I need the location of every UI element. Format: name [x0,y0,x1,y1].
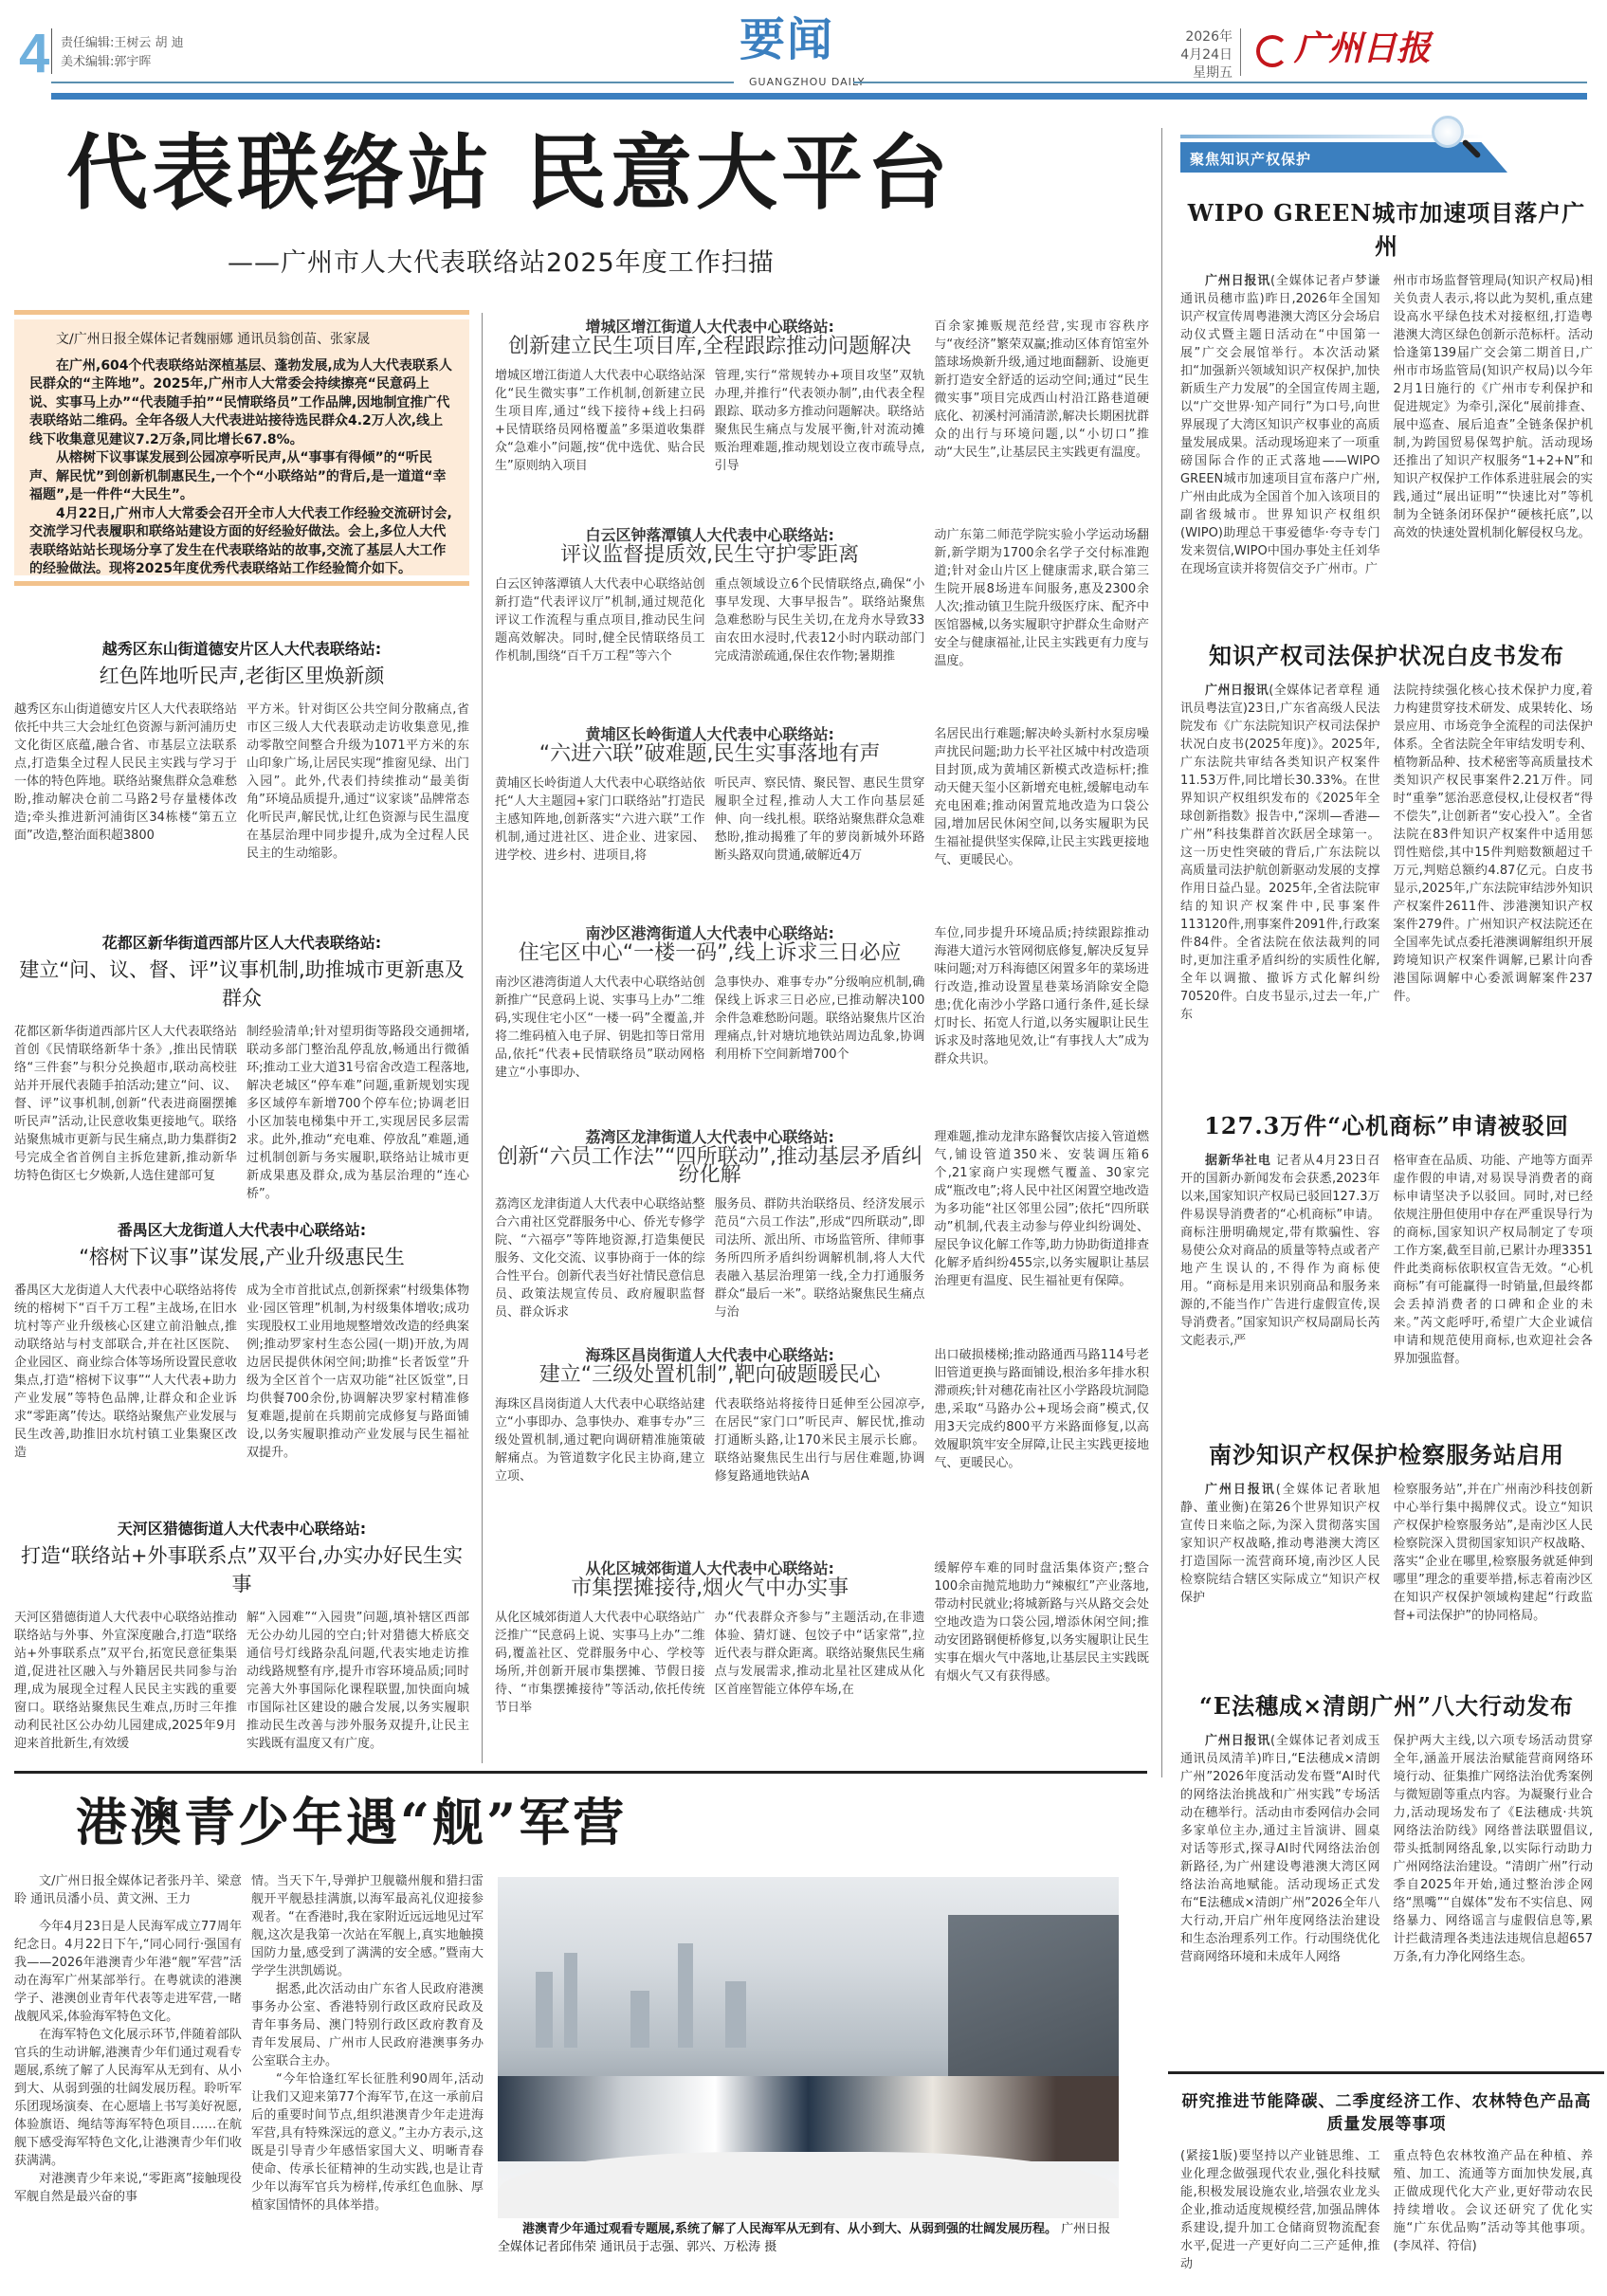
section-text-col: 白云区钟落潭镇人大代表中心联络站创新打造“代表评议厅”机制,通过规范化评议工作流… [495,575,705,665]
column-divider [1161,128,1162,1777]
intro-paragraph: 从榕树下议事谋发展到公园凉亭听民声,从“事事有得倾”的“听民声、解民忧”到创新机… [29,449,454,505]
section-headline: 市集摆摊接待,烟火气中办实事 [495,1579,924,1597]
magnifier-icon [1432,116,1464,148]
section-headline: 创新“六员工作法”“四所联动”,推动基层矛盾纠纷化解 [495,1148,924,1184]
article-lead: 据新华社电 [1205,1154,1271,1168]
gun-turret-image [498,2152,1119,2218]
section-kicker: 南沙区港湾街道人大代表中心联络站: [495,924,924,942]
section-haizhu: 海珠区昌岗街道人大代表中心联络站:建立“三级处置机制”,靶向破题暖民心 海珠区昌… [495,1346,1149,1485]
page-number: 4 [19,27,49,82]
section-text-col: 黄埔区长岭街道人大代表中心联络站依托“人大主题园+家门口联络站”打造民主感知阵地… [495,774,705,865]
section-kicker: 番禺区大龙街道人大代表中心联络站: [14,1218,469,1240]
article-lead: 广州日报讯 [1205,1734,1270,1748]
article-text: 法院持续强化核心技术保护力度,着力构建贯穿技术研发、成果转化、场景应用、市场竞争… [1394,682,1594,1024]
editor-line: 责任编辑:王树云 胡 迪 [61,34,184,53]
section-kicker: 白云区钟落潭镇人大代表中心联络站: [495,526,924,544]
article-text: 保护两大主线,以六项专场活动贯穿全年,涵盖开展法治赋能营商网络环境行动、征集推广… [1394,1732,1594,1966]
section-text-col: 平方米。针对街区公共空间分散痛点,省市区三级人大代表联动走访收集意见,推动零散空… [247,701,469,863]
section-zengcheng: 增城区增江街道人大代表中心联络站:创新建立民生项目库,全程跟踪推动问题解决 增城… [495,318,1149,475]
section-baiyun: 白云区钟落潭镇人大代表中心联络站:评议监督提质效,民生守护零距离 白云区钟落潭镇… [495,526,1149,670]
navy-story-title: 港澳青少年遇“舰”军营 [76,1782,627,1855]
article-text: 州市市场监督管理局(知识产权局)相关负责人表示,将以此为契机,重点建设高水平绿色… [1394,272,1594,578]
section-text-col: 成为全市首批试点,创新探索“村级集体物业·园区管理”机制,为村级集体增收;成功实… [247,1282,469,1462]
section-huadu: 花都区新华街道西部片区人大代表联络站: 建立“问、议、督、评”议事机制,助推城市… [14,931,469,1203]
section-text-col: 办“代表群众齐参与”主题活动,在非遗体验、猜灯谜、包饺子中“话家常”,拉近代表与… [715,1609,925,1717]
article-headline: WIPO GREEN城市加速项目落户广州 [1180,194,1593,261]
section-text-col: 重点领域设立6个民情联络点,确保“小事早发现、大事早报告”。联络站聚焦急难愁盼与… [715,575,925,665]
section-yuexiu: 越秀区东山街道德安片区人大代表联络站: 红色阵地听民声,老街区里焕新颜 越秀区东… [14,637,469,863]
intro-paragraph: 在广州,604个代表联络站深植基层、蓬勃发展,成为人大代表联系人民群众的“主阵地… [29,357,454,450]
article-text: 检察服务站”,并在广州南沙科技创新中心举行集中揭牌仪式。设立“知识产权保护检察服… [1394,1481,1594,1625]
section-kicker: 越秀区东山街道德安片区人大代表联络站: [14,637,469,659]
article-trademark: 127.3万件“心机商标”申请被驳回 据新华社电 记者从4月23日召开的国新办新… [1180,1107,1593,1368]
section-headline: 创新建立民生项目库,全程跟踪推动问题解决 [495,337,924,355]
section-text-col: 理难题,推动龙津东路餐饮店接入管道燃气,铺设管道350米、安装调压箱6个,21家… [934,1128,1149,1321]
caption-text: 港澳青少年通过观看专题展,系统了解了人民海军从无到有、从小到大、从弱到强的壮阔发… [498,2222,1057,2236]
section-kicker: 增城区增江街道人大代表中心联络站: [495,318,924,336]
article-text: 要坚持以产业链思维、工业化理念做强现代农业,强化科技赋能,积极发展设施农业,培强… [1180,2149,1380,2271]
section-text-col: 越秀区东山街道德安片区人大代表联络站依托中共三大会址红色资源与新河浦历史文化街区… [14,701,237,863]
date-year: 2026年 [1123,28,1233,46]
article-lead: 广州日报讯 [1205,683,1269,698]
article-wipo: WIPO GREEN城市加速项目落户广州 广州日报讯(全媒体记者卢梦谦 通讯员穗… [1180,194,1593,578]
section-text-col: 增城区增江街道人大代表中心联络站深化“民生微实事”工作机制,创新建立民生项目库,… [495,367,705,475]
section-text-col: 名居民出行难题;解决岭头新村水泵房噪声扰民问题;助力长平社区城中村改造项目封顶,… [934,725,1149,869]
section-text-col: 车位,同步提升环境品质;持续跟踪推动海港大道污水管网彻底修复,解决反复异味问题;… [934,924,1149,1082]
article-lead: 广州日报讯 [1205,1483,1276,1497]
section-text-col: 制经验清单;针对望玥街等路段交通拥堵,联动多部门整治乱停乱放,畅通出行微循环;推… [247,1023,469,1203]
section-text-col: 从化区城郊街道人大代表中心联络站广泛推广“民意码上说、实事马上办”二维码,覆盖社… [495,1609,705,1717]
article-headline: “E法穗成×清朗广州”八大行动发布 [1180,1687,1593,1721]
navy-story-col1: 文/广州日报全媒体记者张丹羊、梁意聆 通讯员潘小员、黄文洲、王力 今年4月23日… [14,1872,242,2206]
section-text-col: 急事快办、难事专办”分级响应机制,确保线上诉求三日必应,已推动解决100余件急难… [715,974,925,1082]
section-text-col: 百余家摊贩规范经营,实现市容秩序与“夜经济”繁荣双赢;推动区体育馆室外篮球场焕新… [934,318,1149,475]
section-title: 要闻 [740,17,834,63]
section-text-col: 缓解停车难的同时盘活集体资产;整合100余亩抛荒地助力“辣椒红”产业落地,带动村… [934,1559,1149,1717]
article-text: 格审查在品质、功能、产地等方面弄虚作假的申请,对易误导消费者的商标申请坚决予以驳… [1394,1152,1594,1368]
section-panyu: 番禺区大龙街道人大代表中心联络站: “榕树下议事”谋发展,产业升级惠民生 番禺区… [14,1218,469,1462]
section-text-col: 解“入园难”“入园贵”问题,填补辖区西部无公办幼儿园的空白;针对猎德大桥底交通信… [247,1609,469,1753]
navy-paragraph: 今年4月23日是人民海军成立77周年纪念日。4月22日下午,“同心同行·强国有我… [14,1918,242,2026]
article-lead: 广州日报讯 [1205,274,1270,288]
article-headline: 127.3万件“心机商标”申请被驳回 [1180,1107,1593,1140]
visitors-image [498,2076,1119,2161]
section-text-col: 听民声、察民情、聚民智、惠民生贯穿履职全过程,推动人大工作向基层延伸、向一线扎根… [715,774,925,865]
section-text-col: 荔湾区龙津街道人大代表中心联络站整合六甫社区党群服务中心、侨光专修学院、“六福亭… [495,1195,705,1321]
feature-subtitle: ——广州市人大代表联络站2025年度工作扫描 [228,242,775,279]
masthead-text: 广州日报 [1294,28,1431,68]
article-headline: 南沙知识产权保护检察服务站启用 [1180,1436,1593,1469]
article-e-law: “E法穗成×清朗广州”八大行动发布 广州日报讯(全媒体记者刘成玉 通讯员凤清羊)… [1180,1687,1593,1966]
header-rule-left [51,82,734,83]
feature-title: 代表联络站 民意大平台 [66,133,952,214]
navy-byline: 文/广州日报全媒体记者张丹羊、梁意聆 通讯员潘小员、黄文洲、王力 [14,1872,242,1908]
intro-box: 文/广州日报全媒体记者魏丽娜 通讯员翁创苗、张家晟 在广州,604个代表联络站深… [14,319,469,575]
section-subtitle: GUANGZHOU DAILY [749,76,865,88]
section-kicker: 从化区城郊街道人大代表中心联络站: [495,1559,924,1577]
date-weekday: 星期五 [1123,64,1233,82]
article-lead: (紧接1版) [1180,2149,1238,2163]
photo-caption: 港澳青少年通过观看专题展,系统了解了人民海军从无到有、从小到大、从弱到强的壮阔发… [498,2220,1119,2256]
section-headline: 住宅区中心“一楼一码”,线上诉求三日必应 [495,944,924,962]
intro-top-bar [14,310,469,315]
issue-date: 2026年 4月24日 星期五 [1123,28,1233,82]
intro-bottom-bar [14,581,469,586]
section-headline: 评议监督提质效,民生守护零距离 [495,546,924,564]
section-text-col: 管理,实行“常规转办+项目攻坚”双轨办理,并推行“代表领办制”,由代表全程跟踪、… [715,367,925,475]
section-tianhe: 天河区猎德街道人大代表中心联络站: 打造“联络站+外事联系点”双平台,办实办好民… [14,1517,469,1753]
section-kicker: 海珠区昌岗街道人大代表中心联络站: [495,1346,924,1364]
section-kicker: 黄埔区长岭街道人大代表中心联络站: [495,725,924,743]
logo-mark-icon [1256,35,1288,67]
header-bar [51,93,1587,100]
section-conghua: 从化区城郊街道人大代表中心联络站:市集摆摊接待,烟火气中办实事 从化区城郊街道人… [495,1559,1149,1717]
section-headline: 红色阵地听民声,老街区里焕新颜 [14,661,469,689]
section-text-col: 服务员、群防共治联络员、经济发展示范员“六员工作法”,形成“四所联动”,即司法所… [715,1195,925,1321]
navy-paragraph: 情。当天下午,导弹护卫舰赣州舰和猎扫雷舰开平舰悬挂满旗,以海军最高礼仪迎接参观者… [251,1872,484,1980]
section-text-col: 动广东第二师范学院实验小学运动场翻新,新学期为1700余名学子交付标准跑道;针对… [934,526,1149,670]
navy-paragraph: 据悉,此次活动由广东省人民政府港澳事务办公室、香港特别行政区政府民政及青年事务局… [251,1980,484,2070]
article-text: (全媒体记者刘成玉 通讯员凤清羊)昨日,“E法穗成×清朗广州”2026年度活动发… [1180,1734,1380,1964]
section-text-col: 番禺区大龙街道人大代表中心联络站将传统的榕树下“百千万工程”主战场,在旧水坑村等… [14,1282,237,1462]
intro-paragraph: 4月22日,广州市人大常委会召开全市人大代表工作经验交流研讨会,交流学习代表履职… [29,505,454,579]
navy-photo [498,1877,1119,2218]
navy-paragraph: 对港澳青少年来说,“零距离”接触现役军舰自然是最兴奋的事 [14,2170,242,2206]
section-kicker: 花都区新华街道西部片区人大代表联络站: [14,931,469,953]
masthead-logo: 广州日报 [1256,28,1431,69]
section-text-col: 代表联络站将接待日延伸至公园凉亭,在居民“家门口”听民声、解民忧,推动打通断头路… [715,1395,925,1485]
topic-banner: 聚焦知识产权保护 [1180,142,1507,173]
section-huangpu: 黄埔区长岭街道人大代表中心联络站:“六进六联”破难题,民生实事落地有声 黄埔区长… [495,725,1149,869]
header-divider [51,28,52,74]
section-liwan: 荔湾区龙津街道人大代表中心联络站:创新“六员工作法”“四所联动”,推动基层矛盾纠… [495,1128,1149,1321]
section-text-col: 海珠区昌岗街道人大代表中心联络站建立“小事即办、急事快办、难事专办”三级处置机制… [495,1395,705,1485]
masthead-divider [1240,28,1241,76]
section-kicker: 天河区猎德街道人大代表中心联络站: [14,1517,469,1539]
section-text-col: 花都区新华街道西部片区人大代表联络站首创《民情联络新华十条》,推出民情联络“三件… [14,1023,237,1203]
article-headline: 知识产权司法保护状况白皮书发布 [1180,637,1593,670]
article-headline: 研究推进节能降碳、二季度经济工作、农林特色产品高质量发展等事项 [1180,2090,1593,2136]
article-nansha-station: 南沙知识产权保护检察服务站启用 广州日报讯(全媒体记者耿旭静、董业衡)在第26个… [1180,1436,1593,1625]
editors-credit: 责任编辑:王树云 胡 迪 美术编辑:郭宇晖 [61,34,184,72]
section-text-col: 天河区猎德街道人大代表中心联络站推动联络站与外事、外宣深度融合,打造“联络站+外… [14,1609,237,1753]
section-kicker: 荔湾区龙津街道人大代表中心联络站: [495,1128,924,1146]
article-ip-whitepaper: 知识产权司法保护状况白皮书发布 广州日报讯(全媒体记者章程 通讯员粤法宣)23日… [1180,637,1593,1024]
column-divider [482,313,483,1763]
article-divider [1168,2071,1604,2074]
article-continued: 研究推进节能降碳、二季度经济工作、农林特色产品高质量发展等事项 (紧接1版)要坚… [1180,2090,1593,2273]
article-text: (全媒体记者章程 通讯员粤法宣)23日,广东省高级人民法院发布《广东法院知识产权… [1180,683,1380,1022]
section-headline: “榕树下议事”谋发展,产业升级惠民生 [14,1242,469,1270]
navy-story-col2: 情。当天下午,导弹护卫舰赣州舰和猎扫雷舰开平舰悬挂满旗,以海军最高礼仪迎接参观者… [251,1872,484,2214]
article-text: 重点特色农林牧渔产品在种植、养殖、加工、流通等方面加快发展,真正做成现代化大产业… [1394,2147,1594,2273]
art-editor-line: 美术编辑:郭宇晖 [61,53,184,72]
section-headline: 打造“联络站+外事联系点”双平台,办实办好民生实事 [14,1540,469,1597]
article-text: (全媒体记者卢梦谦 通讯员穗市监)昨日,2026年全国知识产权宣传周粤港澳大湾区… [1180,274,1380,576]
section-text-col: 出口破损楼梯;推动路通西马路114号老旧管道更换与路面铺设,根治多年排水积滞顽疾… [934,1346,1149,1485]
navy-paragraph: 在海军特色文化展示环节,伴随着部队官兵的生动讲解,港澳青少年们通过观看专题展,系… [14,2026,242,2170]
intro-byline: 文/广州日报全媒体记者魏丽娜 通讯员翁创苗、张家晟 [29,331,454,350]
section-headline: 建立“问、议、督、评”议事机制,助推城市更新惠及群众 [14,955,469,1011]
article-text: 记者从4月23日召开的国新办新闻发布会获悉,2023年以来,国家知识产权局已驳回… [1180,1154,1380,1348]
section-text-col: 南沙区港湾街道人大代表中心联络站创新推广“民意码上说、实事马上办”二维码,实现住… [495,974,705,1082]
date-day: 4月24日 [1123,46,1233,64]
section-headline: “六进六联”破难题,民生实事落地有声 [495,745,924,763]
section-headline: 建立“三级处置机制”,靶向破题暖民心 [495,1366,924,1384]
story-divider [14,1771,1147,1774]
section-nansha: 南沙区港湾街道人大代表中心联络站:住宅区中心“一楼一码”,线上诉求三日必应 南沙… [495,924,1149,1082]
navy-paragraph: “今年恰逢红军长征胜利90周年,活动让我们又迎来第77个海军节,在这一承前启后的… [251,2070,484,2214]
article-text: (全媒体记者耿旭静、董业衡)在第26个世界知识产权宣传日来临之际,为深入贯彻落实… [1180,1483,1380,1605]
